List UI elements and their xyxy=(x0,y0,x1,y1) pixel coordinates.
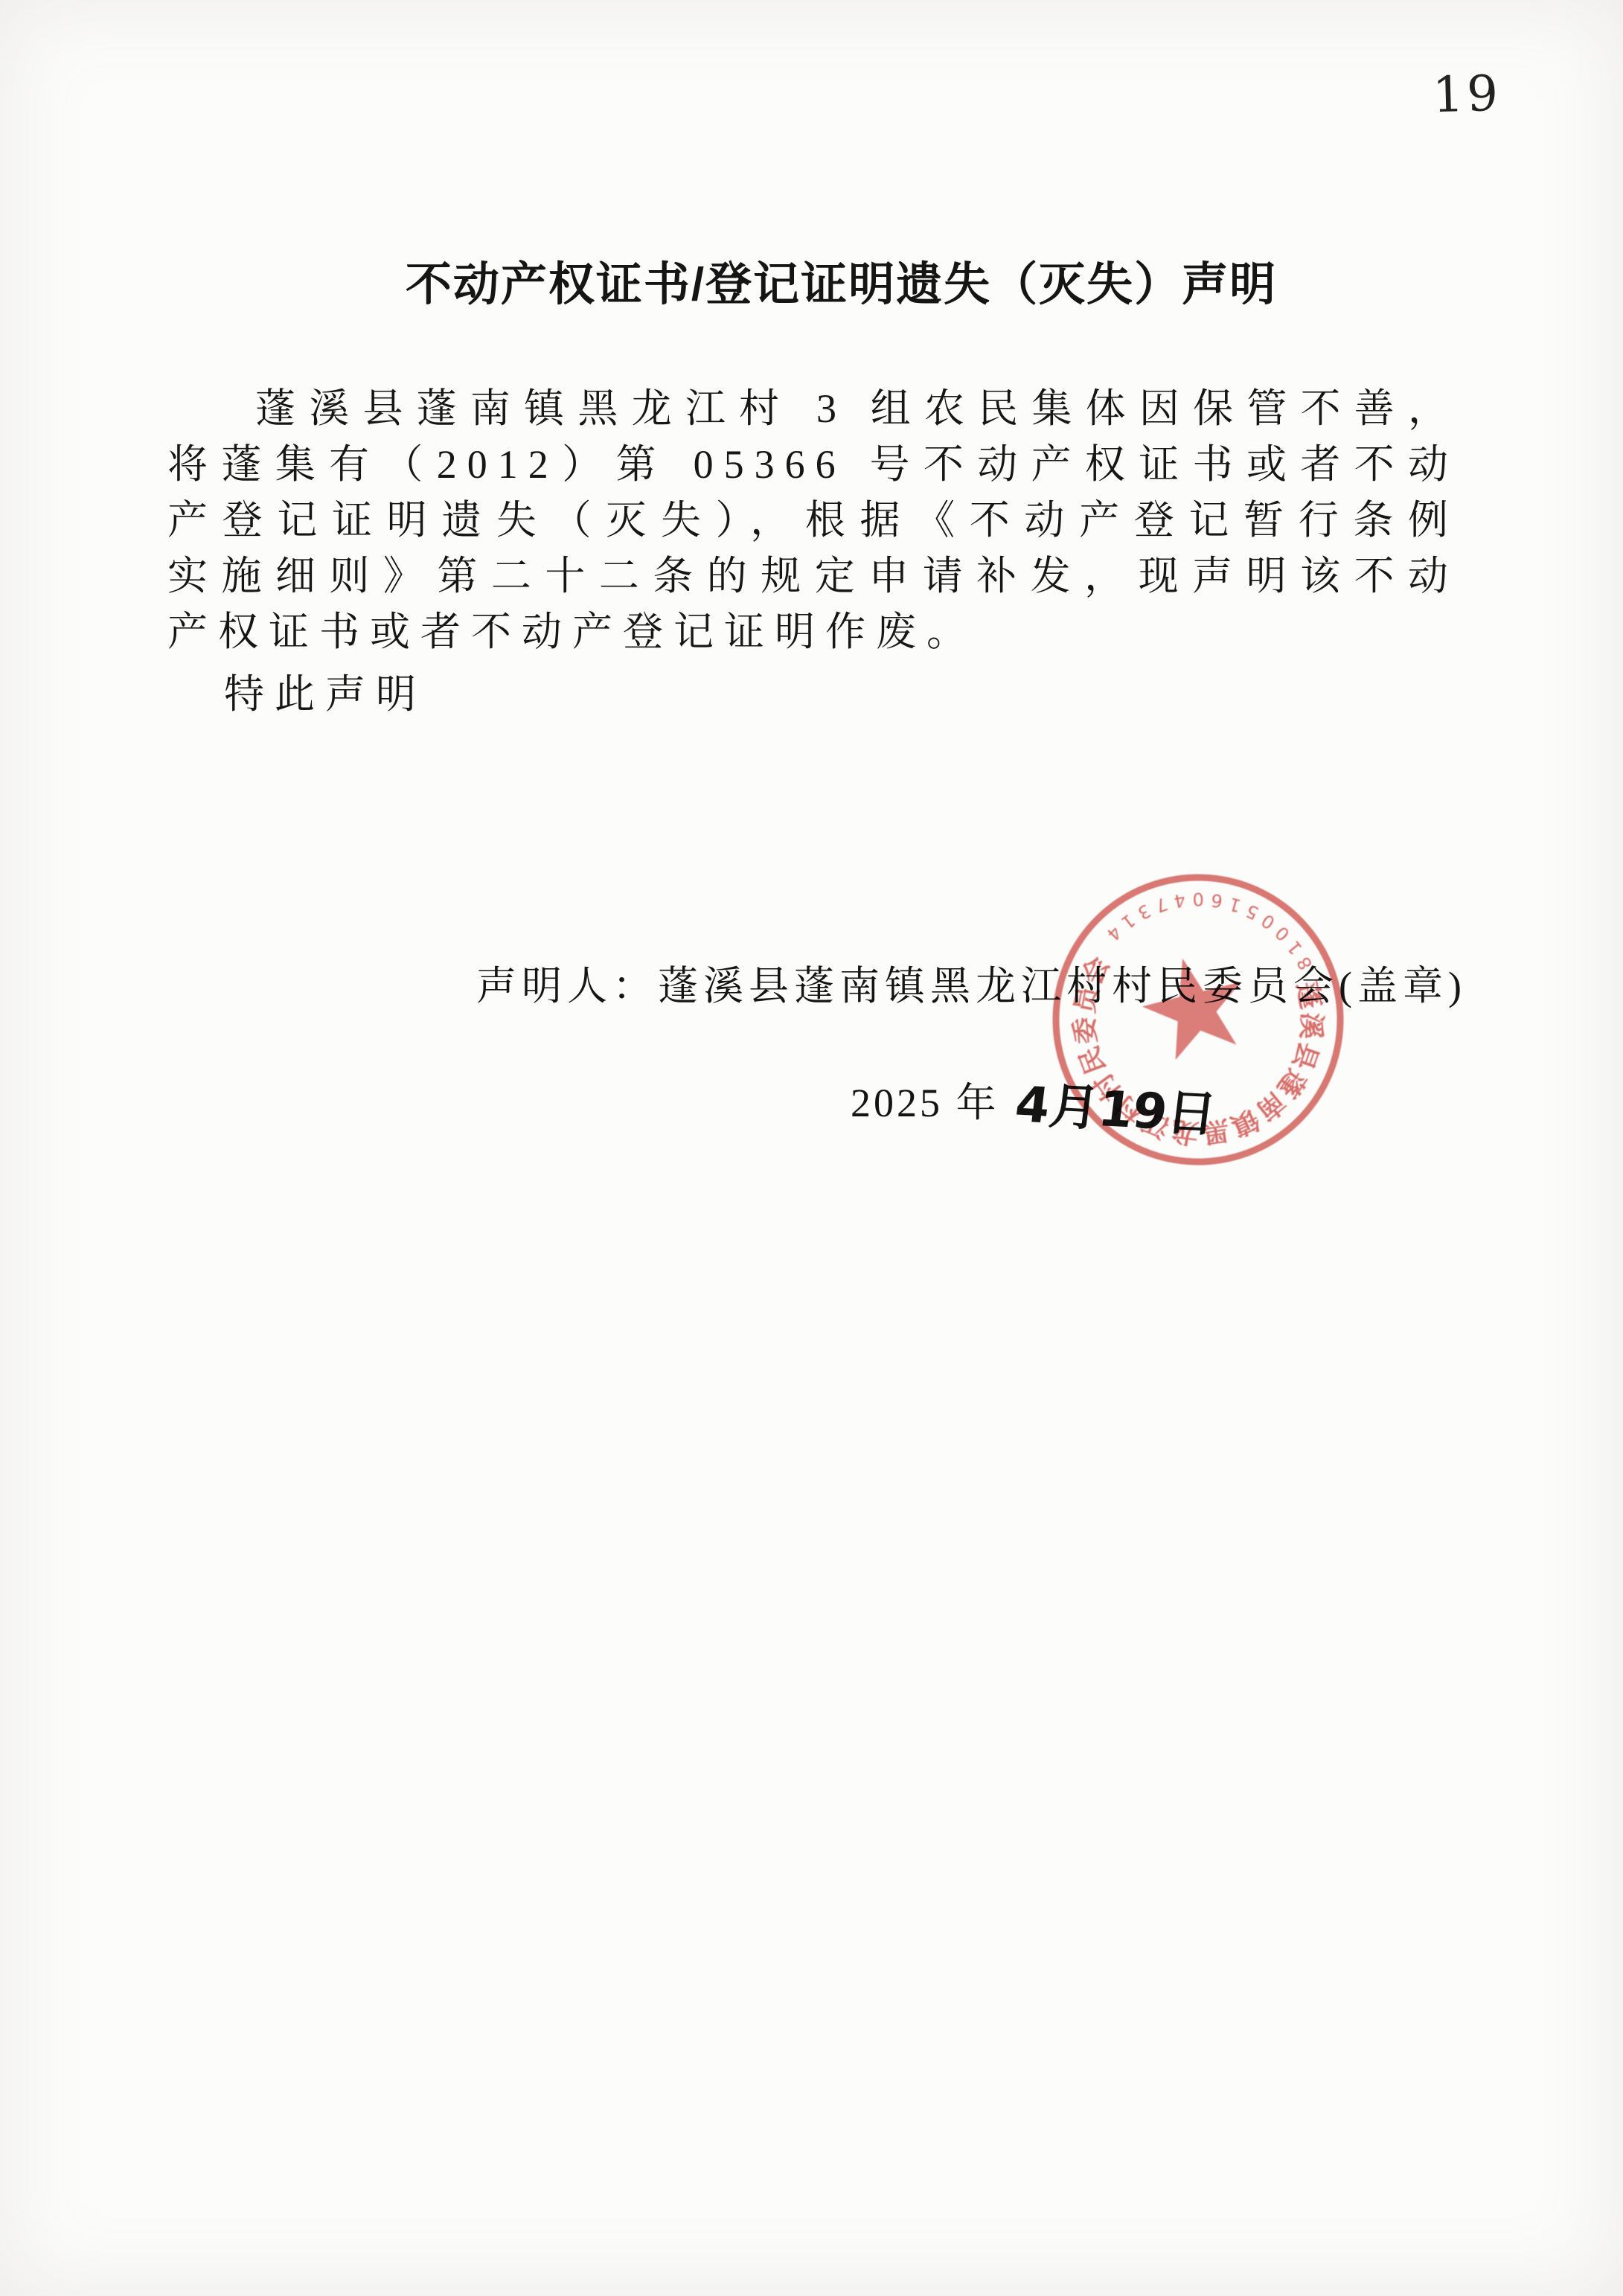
body-line: 产登记证明遗失（灭失），根据《不动产登记暂行条例 xyxy=(167,493,1459,549)
body-line: 将蓬集有（2012）第 05366 号不动产权证书或者不动 xyxy=(167,437,1459,493)
body-lines: 蓬溪县蓬南镇黑龙江村 3 组农民集体因保管不善，将蓬集有（2012）第 0536… xyxy=(167,381,1459,660)
official-seal-stamp: 蓬溪县蓬南镇黑龙江村村民委员会 8100516047314 xyxy=(1032,854,1364,1186)
page-number: 19 xyxy=(1432,65,1502,124)
closing-statement: 特此声明 xyxy=(167,667,1459,723)
seal-serial-number: 8100516047314 xyxy=(1095,876,1324,975)
body-line: 产权证书或者不动产登记证明作废。 xyxy=(167,604,1459,660)
body-line: 实施细则》第二十二条的规定申请补发，现声明该不动 xyxy=(167,549,1459,604)
document-page: 19 不动产权证书/登记证明遗失（灭失）声明 蓬溪县蓬南镇黑龙江村 3 组农民集… xyxy=(0,0,1623,2296)
svg-text:8100516047314: 8100516047314 xyxy=(1095,876,1324,975)
document-title: 不动产权证书/登记证明遗失（灭失）声明 xyxy=(0,247,1623,313)
seal-graphic: 蓬溪县蓬南镇黑龙江村村民委员会 8100516047314 xyxy=(1032,854,1364,1186)
body-paragraph: 蓬溪县蓬南镇黑龙江村 3 组农民集体因保管不善，将蓬集有（2012）第 0536… xyxy=(167,381,1459,723)
body-line: 蓬溪县蓬南镇黑龙江村 3 组农民集体因保管不善， xyxy=(167,381,1459,437)
declarant-label: 声明人： xyxy=(476,964,658,1008)
seal-star-icon xyxy=(1136,954,1246,1067)
date-printed-year: 2025 年 xyxy=(851,1081,999,1125)
